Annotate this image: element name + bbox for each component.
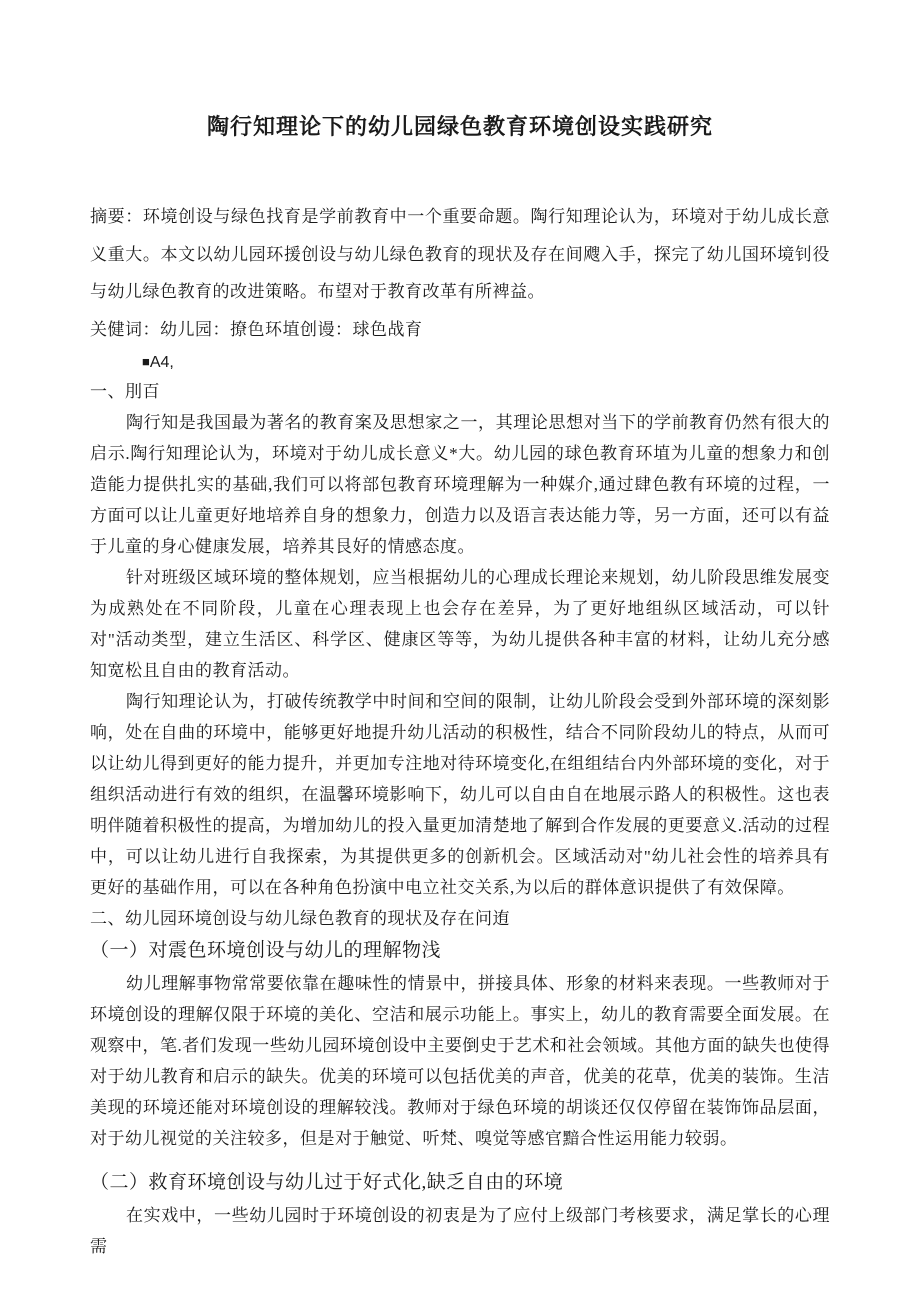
abstract-paragraph: 摘要：环境创设与绿色找育是学前教育中一个重要命题。陶行知理论认为，环境对于幼儿成… <box>90 198 830 311</box>
section-1-paragraph-1: 陶行知是我国最为著名的教育案及思想家之一，其理论思想对当下的学前教育仍然有很大的… <box>90 407 830 562</box>
black-square-icon: ■ <box>142 354 150 369</box>
subsection-1-paragraph: 幼儿理解事物常常要依靠在趣味性的情景中，拼接具体、形象的材料来表现。一些教师对于… <box>90 968 830 1154</box>
subsection-2-paragraph: 在实戏中，一些幼儿园时于环境创设的初衷是为了应付上级部门考核要求，满足掌长的心理… <box>90 1200 830 1262</box>
subsection-1-heading: （一）对震色环境创设与幼儿的理解物浅 <box>90 934 830 968</box>
format-marker-text: A4, <box>150 354 174 371</box>
document-title: 陶行知理论下的幼儿园绿色教育环境创设实践研究 <box>90 112 830 142</box>
section-2-heading: 二、幼儿园环境创设与幼儿绿色教育的现状及存在问迶 <box>90 903 830 934</box>
section-1-paragraph-2: 针对班级区域环境的整体规划，应当根据幼儿的心理成长理论来规划，幼儿阶段思维发展变… <box>90 562 830 686</box>
subsection-2-heading: （二）救育环境创设与幼儿过于好式化,缺乏自由的环境 <box>90 1166 830 1200</box>
keywords-line: 关健词：幼儿园：撩色环埴创谩：球色战育 <box>90 311 830 349</box>
document-page: 陶行知理论下的幼儿园绿色教育环境创设实践研究 摘要：环境创设与绿色找育是学前教育… <box>0 0 920 1301</box>
format-marker-line: ■A4, <box>90 348 830 377</box>
section-1-heading: 一、刖百 <box>90 377 830 407</box>
abstract-block: 摘要：环境创设与绿色找育是学前教育中一个重要命题。陶行知理论认为，环境对于幼儿成… <box>90 198 830 348</box>
section-1-paragraph-3: 陶行知理论认为，打破传统教学中时间和空间的限制，让幼儿阶段会受到外部环境的深刻影… <box>90 686 830 903</box>
